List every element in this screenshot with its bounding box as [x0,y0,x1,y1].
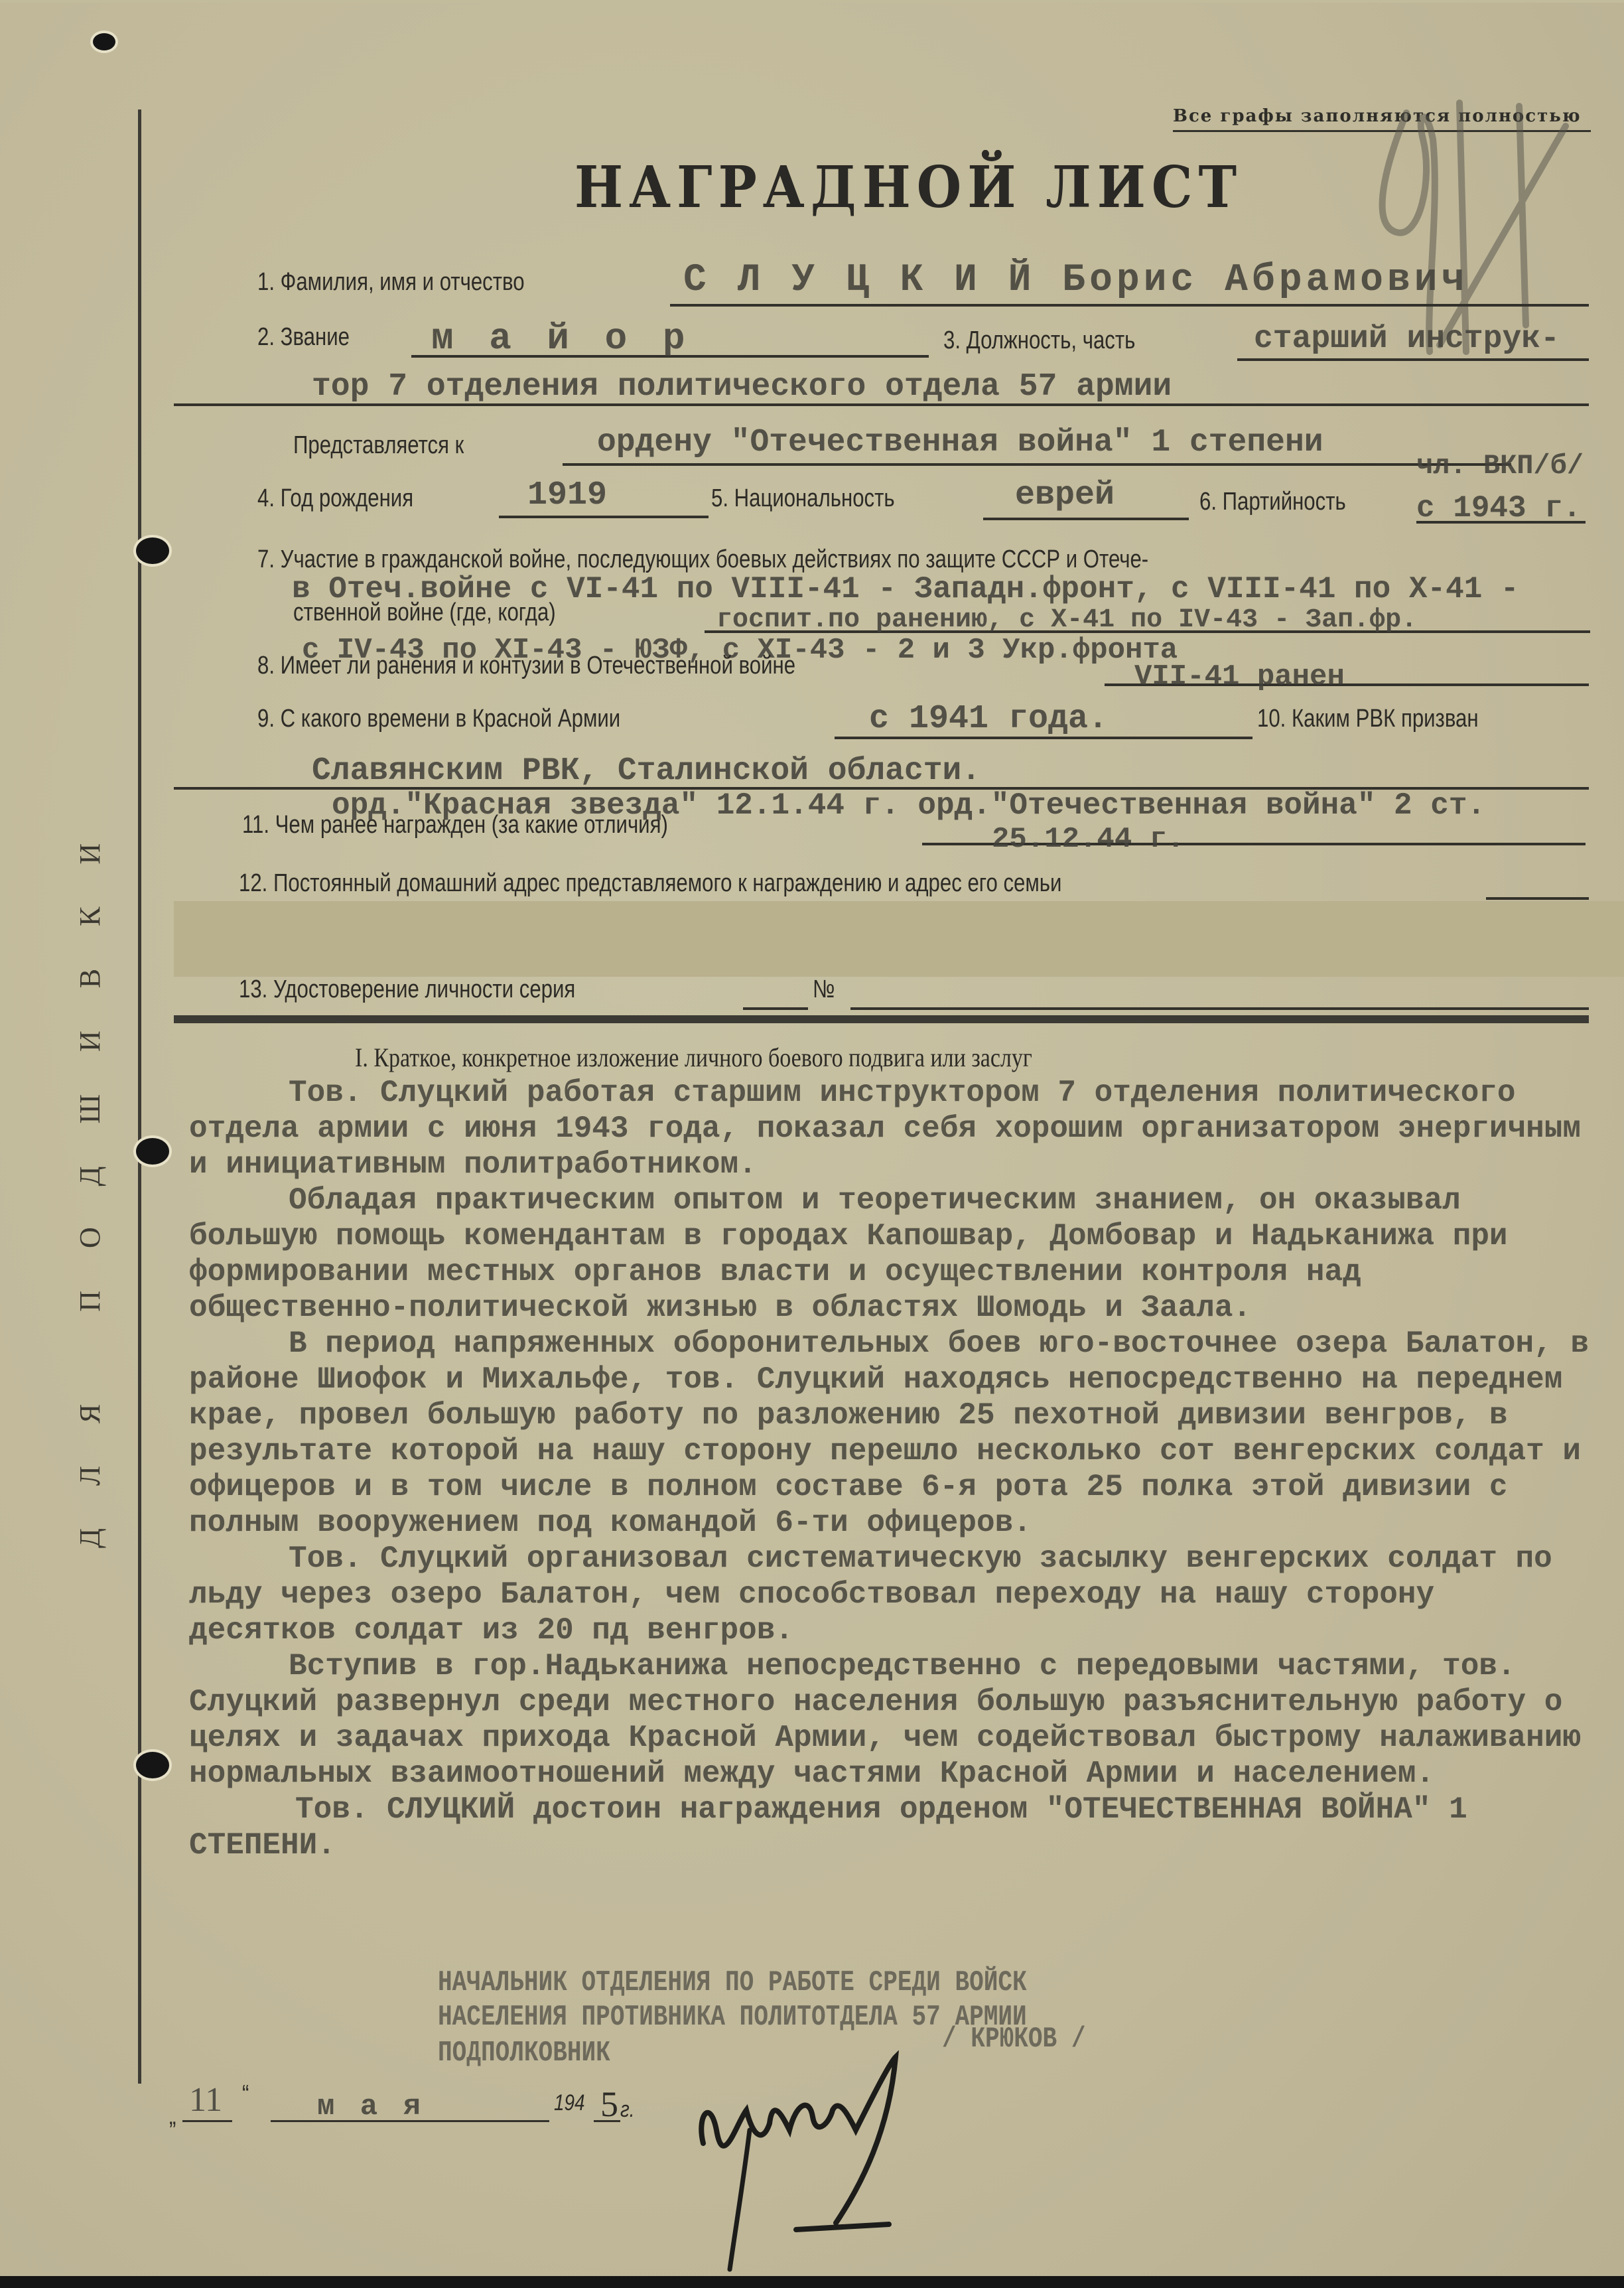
document-title: НАГРАДНОЙ ЛИСТ [575,154,1243,221]
punch-hole-icon [136,537,169,564]
field-12-line [1486,897,1589,900]
field-8-value: VII-41 ранен [1134,660,1345,693]
field-12-label: 12. Постоянный домашний адрес представля… [239,869,1061,898]
nominated-label: Представляется к [293,431,464,460]
field-6-label: 6. Партийность [1199,488,1346,516]
field-3-value-line1: старший инструк- [1254,321,1560,357]
punch-hole-icon [136,1752,169,1778]
merits-paragraph: Тов. Слуцкий работая старшим инструкторо… [189,1075,1595,1182]
field-4-label: 4. Год рождения [257,484,413,513]
signatory-title-line2: НАСЕЛЕНИЯ ПРОТИВНИКА ПОЛИТОТДЕЛА 57 АРМИ… [438,1999,1027,2036]
field-7-value-line1: в Отеч.войне с VI-41 по VIII-41 - Западн… [292,572,1519,607]
punch-hole-icon [136,1138,169,1165]
date-year-prefix: 194 [554,2090,585,2116]
redacted-address-block [174,901,1624,977]
field-6-value-line2: с 1943 г. [1416,491,1581,526]
signatory-rank: ПОДПОЛКОВНИК [438,2035,610,2072]
date-open-quote: „ [169,2102,176,2131]
merits-paragraph: В период напряженных оборонительных боев… [189,1326,1595,1541]
field-10-value: Славянским РВК, Сталинской области. [312,753,981,789]
section-divider [174,1015,1589,1023]
field-4-line [499,516,709,518]
scan-edge [0,2276,1624,2288]
signature-icon [690,2050,942,2276]
pencil-annotation-icon [1367,100,1619,358]
field-1-line [670,304,1589,307]
field-10-label: 10. Каким РВК призван [1257,705,1479,733]
merits-paragraph: Тов. Слуцкий организовал систематическую… [189,1541,1595,1648]
date-month: м а я [317,2090,425,2123]
nominated-line [563,463,1511,466]
field-7-value-line2: госпит.по ранению, с X-41 по IV-43 - Зап… [716,605,1417,635]
field-13-label: 13. Удостоверение личности серия [239,975,575,1004]
merits-text: Тов. Слуцкий работая старшим инструкторо… [189,1075,1595,1863]
date-close-quote: “ [242,2080,249,2109]
field-3-line [1237,358,1589,361]
field-1-label: 1. Фамилия, имя и отчество [257,268,525,297]
nominated-value: ордену "Отечественная война" 1 степени [597,425,1323,461]
date-year-unit: г. [620,2097,634,2123]
date-day: 11 [189,2080,222,2119]
field-8-label: 8. Имеет ли ранения и контузии в Отечест… [257,652,795,680]
field-5-value: еврей [1015,476,1115,514]
field-2-label: 2. Звание [257,323,350,352]
date-year-suffix: 5 [600,2084,618,2125]
section-1-title: I. Краткое, конкретное изложение личного… [355,1042,1032,1073]
field-1-value: С Л У Ц К И Й Борис Абрамович [683,259,1468,302]
binding-margin-label: ДЛЯ ПОДШИВКИ [73,637,139,1712]
field-13-number-line [850,1007,1589,1010]
merits-paragraph: Обладая практическим опытом и теоретичес… [189,1182,1595,1326]
field-5-line [983,518,1189,520]
field-3-label: 3. Должность, часть [943,326,1135,355]
field-9-value: с 1941 года. [869,700,1108,738]
signatory-title-line1: НАЧАЛЬНИК ОТДЕЛЕНИЯ ПО РАБОТЕ СРЕДИ ВОЙС… [438,1964,1027,2001]
merits-paragraph: Вступив в гор.Надьканижа непосредственно… [189,1648,1595,1792]
field-2-value: м а й о р [431,317,691,360]
field-7-label-line1: 7. Участие в гражданской войне, последую… [257,545,1148,574]
field-4-value: 1919 [527,476,607,514]
field-11-value-line2: 25.12.44 г. [992,823,1184,856]
field-11-value-line1: орд."Красная звезда" 12.1.44 г. орд."Оте… [332,788,1485,823]
date-day-line [182,2120,232,2122]
field-5-label: 5. Национальность [711,484,895,513]
signatory-name: / КРЮКОВ / [942,2021,1086,2058]
field-6-value-line1: чл. ВКП/б/ [1416,450,1584,482]
merits-conclusion: Тов. СЛУЦКИЙ достоин награждения орденом… [189,1792,1595,1863]
field-9-label: 9. С какого времени в Красной Армии [257,705,620,733]
punch-hole-icon [93,33,115,50]
field-13-number-label: № [813,975,835,1004]
field-3-value-line2: тор 7 отделения политического отдела 57 … [312,369,1172,405]
field-13-series-line [743,1007,808,1010]
